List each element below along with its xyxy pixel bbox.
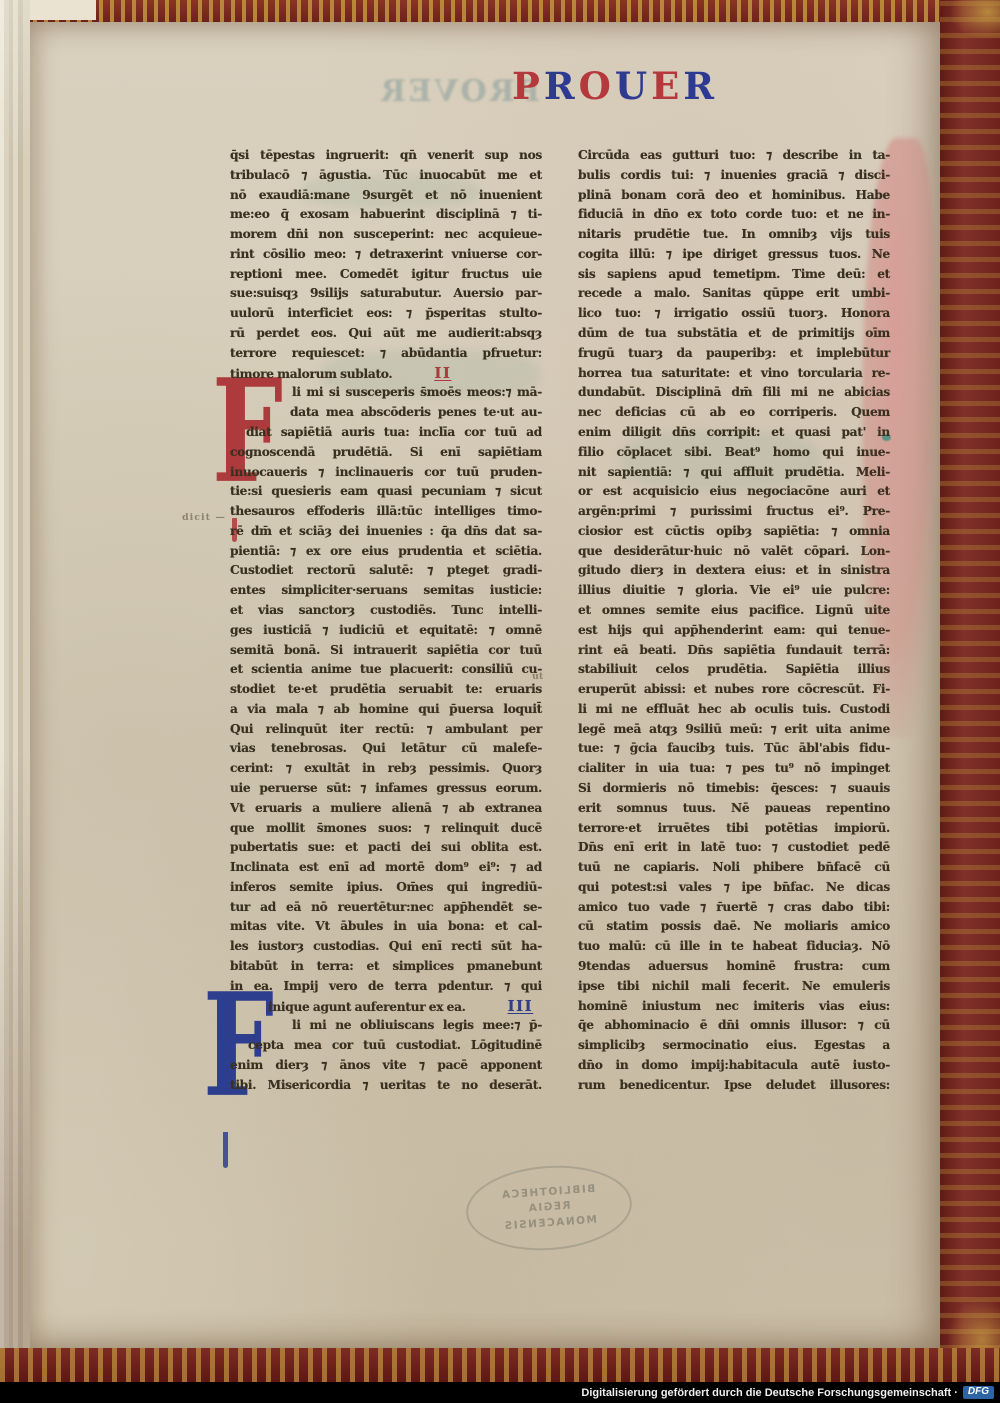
text-line: q̄e abhominacio ē dn̄i omnis illusor: ⁊ …	[578, 1016, 890, 1036]
text-line: rē dm̄ et sciāȝ dei inuenies : q̄a dn̄s …	[230, 522, 542, 542]
text-line-content: tuo malū: cū ille in te habeat fiduciaȝ.…	[578, 939, 890, 953]
text-line-content: rum benedicentur. Ipse deludet illusores…	[578, 1078, 890, 1092]
text-line: Dn̄s enī erit in latē tuo: ⁊ custodiet p…	[578, 838, 890, 858]
text-line-content: tur ad eā nō reuertētur:nec app̄hendēt s…	[230, 900, 542, 914]
text-line-content: dn̄o in domo impij:habitacula autē iusto…	[578, 1058, 890, 1072]
text-line-content: cū statim possis daē. Ne moliaris amico	[578, 919, 890, 933]
text-line-content: terrore requiescet: ⁊ abūdantia pfruetur…	[230, 346, 542, 360]
text-line: horrea tua saturitate: et vino torculari…	[578, 364, 890, 384]
text-line-content: lico tuo: ⁊ irrigatio ossiū tuorȝ. Honor…	[578, 306, 890, 320]
text-line: que mollit s̄mones suos: ⁊ relinquit duc…	[230, 819, 542, 839]
text-line: tuū ne capiaris. Noli phibere bn̄facē cū	[578, 858, 890, 878]
text-line-content: et vias sanctorȝ custodiēs. Tunc intelli…	[230, 603, 542, 617]
text-line: dn̄o in domo impij:habitacula autē iusto…	[578, 1056, 890, 1076]
text-line: rum benedicentur. Ipse deludet illusores…	[578, 1076, 890, 1096]
header-letter: P	[512, 64, 544, 108]
text-line: terrore requiescet: ⁊ abūdantia pfruetur…	[230, 344, 542, 364]
text-line: li mi ne obliuiscans legis mee:⁊ p̄-	[230, 1016, 542, 1036]
text-line-content: eruperūt abissi: et nubes rore cōcrescūt…	[578, 682, 890, 696]
text-line: inique agunt auferentur ex ea.III	[230, 997, 542, 1017]
text-line-content: rē dm̄ et sciāȝ dei inuenies : q̄a dn̄s …	[230, 524, 542, 538]
text-line: gitudo dierȝ in dextera eius: et in sini…	[578, 561, 890, 581]
text-line: les iustorȝ custodias. Qui enī recti sūt…	[230, 937, 542, 957]
text-line: et vias sanctorȝ custodiēs. Tunc intelli…	[230, 601, 542, 621]
chapter-numeral: III	[508, 997, 534, 1015]
text-line: timore malorum sublato.II	[230, 364, 542, 384]
text-line: sue:suisqȝ 9silijs saturabutur. Auersio …	[230, 284, 542, 304]
text-line: simplicibȝ sermocinatio eius. Egestas a	[578, 1036, 890, 1056]
text-line: bulis cordis tui: ⁊ inuenies graciā ⁊ di…	[578, 166, 890, 186]
text-line-content: pubertatis sue: et pacti dei sui oblita …	[230, 840, 542, 854]
text-line-content: tribulacō ⁊ āgustia. Tūc inuocabūt me et	[230, 168, 542, 182]
text-line-content: bulis cordis tui: ⁊ inuenies graciā ⁊ di…	[578, 168, 890, 182]
text-line: tue: ⁊ ḡcia faucibȝ tuis. Tūc ābl'abis f…	[578, 739, 890, 759]
text-line: frugū tuarȝ da pauperibȝ: et implebūtur	[578, 344, 890, 364]
text-line-content: que desiderātur·huic nō valēt cōpari. Lo…	[578, 544, 890, 558]
text-line: plinā bonam corā deo et hominibus. Habe	[578, 186, 890, 206]
text-line: nit sapientiā: ⁊ qui affluit prudētia. M…	[578, 463, 890, 483]
text-line: lico tuo: ⁊ irrigatio ossiū tuorȝ. Honor…	[578, 304, 890, 324]
text-line-content: rint eā beati. Dn̄s sapiētia fundauit te…	[578, 643, 890, 657]
text-line: enim diligit dn̄s corripit: et quasi pat…	[578, 423, 890, 443]
text-line-content: reptioni mee. Comedēt igitur fructus uie	[230, 267, 542, 281]
text-line-content: enim dierȝ ⁊ ānos vite ⁊ pacē apponent	[230, 1058, 542, 1072]
text-line-content: diat sapiētiā auris tua: inclīa cor tuū …	[246, 425, 542, 439]
dfg-logo: DFG	[963, 1386, 994, 1399]
text-line-content: sis sapiens apud temetipm. Time deū: et	[578, 267, 890, 281]
text-line: morem dn̄i non susceperint: nec acquieue…	[230, 225, 542, 245]
text-line-content: inferos semite ipius. Om̄es qui ingrediū…	[230, 880, 542, 894]
text-line: fiduciā in dn̄o ex toto corde tuo: et ne…	[578, 205, 890, 225]
text-line: filio cōplacet sibi. Beat⁹ homo qui inue…	[578, 443, 890, 463]
text-line-content: cialiter in uia tua: ⁊ pes tu⁹ nō imping…	[578, 761, 890, 775]
text-line: li mi ne effluāt hec ab oculis tuis. Cus…	[578, 700, 890, 720]
text-line: ges iusticiā ⁊ iudiciū et equitatē: ⁊ om…	[230, 621, 542, 641]
text-line-content: li mi ne obliuiscans legis mee:⁊ p̄-	[292, 1018, 542, 1032]
text-line-content: horrea tua saturitate: et vino torculari…	[578, 366, 890, 380]
marginal-annotation-correction: ut	[532, 671, 543, 682]
text-line: uulorū interficiet eos: ⁊ p̄speritas stu…	[230, 304, 542, 324]
text-line: illius diuitie ⁊ gloria. Vie ei⁹ uie pul…	[578, 581, 890, 601]
page-header-title: PROUER	[512, 68, 718, 105]
text-line-content: hominē iniustum nec imiteris vias eius:	[578, 999, 890, 1013]
text-line: mitas vite. Vt ābules in uia bona: et ca…	[230, 917, 542, 937]
text-line-content: est hijs qui app̄henderint eam: qui tenu…	[578, 623, 890, 637]
text-line-content: me:eo q̄ exosam habuerint disciplinā ⁊ t…	[230, 207, 542, 221]
text-line-content: or est acquisicio eius negociacōne auri …	[578, 484, 890, 498]
text-line: stodiet te·et prudētia seruabit te: erua…	[230, 680, 542, 700]
text-line: nitaris prudētie tue. In omnibȝ vijs tui…	[578, 225, 890, 245]
text-line: a via mala ⁊ ab homine qui p̄uersa loqui…	[230, 700, 542, 720]
text-line: ciosior est cūctis opibȝ sapiētia: ⁊ omn…	[578, 522, 890, 542]
text-line: tibi. Misericordia ⁊ ueritas te no deser…	[230, 1076, 542, 1096]
text-line: hominē iniustum nec imiteris vias eius:	[578, 997, 890, 1017]
text-line-content: thesauros effoderis illā:tūc intelliges …	[230, 504, 542, 518]
text-line: inferos semite ipius. Om̄es qui ingrediū…	[230, 878, 542, 898]
text-line-content: illius diuitie ⁊ gloria. Vie ei⁹ uie pul…	[578, 583, 890, 597]
text-line: cerint: ⁊ exultāt in rebȝ pessimis. Quor…	[230, 759, 542, 779]
text-line-content: a via mala ⁊ ab homine qui p̄uersa loqui…	[230, 702, 542, 716]
text-line: que desiderātur·huic nō valēt cōpari. Lo…	[578, 542, 890, 562]
text-line-content: semitā bonā. Si intrauerit sapiētia cor …	[230, 643, 542, 657]
text-line: in ea. Impij vero de terra pdentur. ⁊ qu…	[230, 977, 542, 997]
footer-bar: Digitalisierung gefördert durch die Deut…	[0, 1382, 1000, 1403]
text-line: pientiā: ⁊ ex ore eius prudentia et sciē…	[230, 542, 542, 562]
text-line-content: nō exaudiā:mane 9surgēt et nō inuenient	[230, 188, 542, 202]
text-line: est hijs qui app̄henderint eam: qui tenu…	[578, 621, 890, 641]
text-line-content: plinā bonam corā deo et hominibus. Habe	[578, 188, 890, 202]
text-line-content: erit somnus tuus. Nē paueas repentino	[578, 801, 890, 815]
header-letter: R	[683, 64, 718, 108]
text-line: Circūda eas gutturi tuo: ⁊ describe in t…	[578, 146, 890, 166]
text-line: nec deficias cū ab eo corriperis. Quem	[578, 403, 890, 423]
digitized-manuscript-scan: PROVER PROUER F F q̄si tēpestas ingrueri…	[0, 0, 1000, 1403]
text-line-content: amico tuo vade ⁊ r̄uertē ⁊ cras dabo tib…	[578, 900, 890, 914]
text-line: me:eo q̄ exosam habuerint disciplinā ⁊ t…	[230, 205, 542, 225]
text-line-content: cogita illū: ⁊ ipe diriget gressus tuos.…	[578, 247, 890, 261]
text-line-content: nec deficias cū ab eo corriperis. Quem	[578, 405, 890, 419]
text-line-content: bitabūt in terra: et simplices pmanebunt	[230, 959, 542, 973]
text-line: Si dormieris nō timebis: q̄esces: ⁊ suau…	[578, 779, 890, 799]
text-line-content: sue:suisqȝ 9silijs saturabutur. Auersio …	[230, 286, 542, 300]
text-line-content: enim diligit dn̄s corripit: et quasi pat…	[578, 425, 890, 439]
book-cover-top-edge	[0, 0, 1000, 22]
text-line: cialiter in uia tua: ⁊ pes tu⁹ nō imping…	[578, 759, 890, 779]
text-line-content: tue: ⁊ ḡcia faucibȝ tuis. Tūc ābl'abis f…	[578, 741, 890, 755]
text-line: Qui relinquūt iter rectū: ⁊ ambulant per	[230, 720, 542, 740]
text-line: tribulacō ⁊ āgustia. Tūc inuocabūt me et	[230, 166, 542, 186]
text-line-content: tuū ne capiaris. Noli phibere bn̄facē cū	[578, 860, 890, 874]
text-line-content: timore malorum sublato.	[230, 367, 392, 381]
text-line: cogita illū: ⁊ ipe diriget gressus tuos.…	[578, 245, 890, 265]
text-line: Inclinata est enī ad mortē dom⁹ ei⁹: ⁊ a…	[230, 858, 542, 878]
text-line-content: rint cōsilio meo: ⁊ detraxerint vniuerse…	[230, 247, 542, 261]
text-line-content: recede a malo. Sanitas qūppe erit umbi-	[578, 286, 890, 300]
stamp-text-line: MONACENSIS	[503, 1212, 598, 1234]
text-line: diat sapiētiā auris tua: inclīa cor tuū …	[230, 423, 542, 443]
marginal-annotation-left: dicit —	[182, 512, 226, 523]
text-line-content: dundabūt. Disciplinā dm̄ fili mi ne abic…	[578, 385, 890, 399]
text-line: erit somnus tuus. Nē paueas repentino	[578, 799, 890, 819]
digitization-credit-text: Digitalisierung gefördert durch die Deut…	[581, 1387, 958, 1399]
text-line-content: li mi ne effluāt hec ab oculis tuis. Cus…	[578, 702, 890, 716]
text-line-content: qui potest:si vales ⁊ ipe bn̄fac. Ne dic…	[578, 880, 890, 894]
text-line-content: entes simpliciter·seruans semitas iustic…	[230, 583, 542, 597]
text-line-content: ipse tibi nichil mali fecerit. Ne emuler…	[578, 979, 890, 993]
text-line-content: fiduciā in dn̄o ex toto corde tuo: et ne…	[578, 207, 890, 221]
text-line: vias tenebrosas. Qui letātur cū malefe-	[230, 739, 542, 759]
text-line: cū statim possis daē. Ne moliaris amico	[578, 917, 890, 937]
text-line-content: in ea. Impij vero de terra pdentur. ⁊ qu…	[230, 979, 542, 993]
text-line: or est acquisicio eius negociacōne auri …	[578, 482, 890, 502]
text-line-content: nit sapientiā: ⁊ qui affluit prudētia. M…	[578, 465, 890, 479]
text-line-content: tibi. Misericordia ⁊ ueritas te no deser…	[230, 1078, 542, 1092]
text-line: legē meā atqȝ 9siliū meū: ⁊ erit uita an…	[578, 720, 890, 740]
text-line: li mi si susceperis s̄moēs meos:⁊ mā-	[230, 383, 542, 403]
header-letter: U	[615, 64, 651, 108]
text-line-content: q̄e abhominacio ē dn̄i omnis illusor: ⁊ …	[578, 1018, 890, 1032]
text-line-content: Circūda eas gutturi tuo: ⁊ describe in t…	[578, 148, 890, 162]
text-line-content: simplicibȝ sermocinatio eius. Egestas a	[578, 1038, 890, 1052]
text-line: recede a malo. Sanitas qūppe erit umbi-	[578, 284, 890, 304]
text-line: amico tuo vade ⁊ r̄uertē ⁊ cras dabo tib…	[578, 898, 890, 918]
text-line: q̄si tēpestas ingruerit: qn̄ venerit sup…	[230, 146, 542, 166]
text-line: et scientia anime tue placuerit: consili…	[230, 660, 542, 680]
book-cover-right-edge	[940, 0, 1000, 1382]
text-line-content: dūm de tua substātia et de primitijs oīm	[578, 326, 890, 340]
text-line-content: filio cōplacet sibi. Beat⁹ homo qui inue…	[578, 445, 890, 459]
text-line: cognoscendā prudētiā. Si enī sapiētiam	[230, 443, 542, 463]
text-line: nō exaudiā:mane 9surgēt et nō inuenient	[230, 186, 542, 206]
text-line-content: et omnes semite eius pacifice. Lignū uit…	[578, 603, 890, 617]
text-line: rint cōsilio meo: ⁊ detraxerint vniuerse…	[230, 245, 542, 265]
text-line-content: rū perdet eos. Qui aūt me audierit:absqȝ	[230, 326, 542, 340]
text-line: semitā bonā. Si intrauerit sapiētia cor …	[230, 641, 542, 661]
text-column-left: q̄si tēpestas ingruerit: qn̄ venerit sup…	[230, 146, 542, 1096]
text-line-content: nitaris prudētie tue. In omnibȝ vijs tui…	[578, 227, 890, 241]
text-line: argēn:primi ⁊ purissimi fructus ei⁹. Pre…	[578, 502, 890, 522]
text-line-content: stodiet te·et prudētia seruabit te: erua…	[230, 682, 542, 696]
text-line: cepta mea cor tuū custodiat. Lōgitudinē	[230, 1036, 542, 1056]
text-line: et omnes semite eius pacifice. Lignū uit…	[578, 601, 890, 621]
book-cover-bottom-edge	[0, 1348, 1000, 1382]
text-line: ipse tibi nichil mali fecerit. Ne emuler…	[578, 977, 890, 997]
text-line-content: que mollit s̄mones suos: ⁊ relinquit duc…	[230, 821, 542, 835]
text-line-content: pientiā: ⁊ ex ore eius prudentia et sciē…	[230, 544, 542, 558]
text-line: thesauros effoderis illā:tūc intelliges …	[230, 502, 542, 522]
text-line-content: inique agunt auferentur ex ea.	[268, 1000, 466, 1014]
text-line-content: Dn̄s enī erit in latē tuo: ⁊ custodiet p…	[578, 840, 890, 854]
text-line: Custodiet rectorū salutē: ⁊ pteget gradi…	[230, 561, 542, 581]
text-line: reptioni mee. Comedēt igitur fructus uie	[230, 265, 542, 285]
header-letter: R	[544, 64, 579, 108]
text-line: enim dierȝ ⁊ ānos vite ⁊ pacē apponent	[230, 1056, 542, 1076]
text-line-content: Custodiet rectorū salutē: ⁊ pteget gradi…	[230, 563, 542, 577]
text-line: dundabūt. Disciplinā dm̄ fili mi ne abic…	[578, 383, 890, 403]
text-line: uie peruerse sūt: ⁊ infames gressus eoru…	[230, 779, 542, 799]
text-line: Vt eruaris a muliere alienā ⁊ ab extrane…	[230, 799, 542, 819]
text-line: eruperūt abissi: et nubes rore cōcrescūt…	[578, 680, 890, 700]
text-line-content: Qui relinquūt iter rectū: ⁊ ambulant per	[230, 722, 542, 736]
header-letter: O	[579, 64, 615, 108]
text-line-content: ges iusticiā ⁊ iudiciū et equitatē: ⁊ om…	[230, 623, 542, 637]
text-line: qui potest:si vales ⁊ ipe bn̄fac. Ne dic…	[578, 878, 890, 898]
text-line: tie:si quesieris eam quasi pecuniam ⁊ si…	[230, 482, 542, 502]
text-line-content: cognoscendā prudētiā. Si enī sapiētiam	[230, 445, 542, 459]
text-line: data mea abscōderis penes te·ut au-	[230, 403, 542, 423]
text-line-content: q̄si tēpestas ingruerit: qn̄ venerit sup…	[230, 148, 542, 162]
text-line-content: argēn:primi ⁊ purissimi fructus ei⁹. Pre…	[578, 504, 890, 518]
text-line-content: inuocaueris ⁊ inclinaueris cor tuū prude…	[230, 465, 542, 479]
text-line-content: cepta mea cor tuū custodiat. Lōgitudinē	[248, 1038, 542, 1052]
text-line: 9tendas aduersus hominē frustra: cum	[578, 957, 890, 977]
text-line: pubertatis sue: et pacti dei sui oblita …	[230, 838, 542, 858]
text-line-content: gitudo dierȝ in dextera eius: et in sini…	[578, 563, 890, 577]
text-line-content: mitas vite. Vt ābules in uia bona: et ca…	[230, 919, 542, 933]
text-line-content: Si dormieris nō timebis: q̄esces: ⁊ suau…	[578, 781, 890, 795]
text-line-content: les iustorȝ custodias. Qui enī recti sūt…	[230, 939, 542, 953]
text-line: tur ad eā nō reuertētur:nec app̄hendēt s…	[230, 898, 542, 918]
text-line-content: stabiliuit celos prudētia. Sapiētia illi…	[578, 662, 890, 676]
text-line-content: legē meā atqȝ 9siliū meū: ⁊ erit uita an…	[578, 722, 890, 736]
text-line: bitabūt in terra: et simplices pmanebunt	[230, 957, 542, 977]
text-line-content: Inclinata est enī ad mortē dom⁹ ei⁹: ⁊ a…	[230, 860, 542, 874]
text-line: sis sapiens apud temetipm. Time deū: et	[578, 265, 890, 285]
chapter-numeral: II	[434, 364, 451, 382]
text-line-content: vias tenebrosas. Qui letātur cū malefe-	[230, 741, 542, 755]
text-line-content: tie:si quesieris eam quasi pecuniam ⁊ si…	[230, 484, 542, 498]
text-line: rū perdet eos. Qui aūt me audierit:absqȝ	[230, 324, 542, 344]
text-line-content: morem dn̄i non susceperint: nec acquieue…	[230, 227, 542, 241]
text-line: dūm de tua substātia et de primitijs oīm	[578, 324, 890, 344]
text-line-content: Vt eruaris a muliere alienā ⁊ ab extrane…	[230, 801, 542, 815]
text-line: stabiliuit celos prudētia. Sapiētia illi…	[578, 660, 890, 680]
text-line-content: ciosior est cūctis opibȝ sapiētia: ⁊ omn…	[578, 524, 890, 538]
text-line-content: li mi si susceperis s̄moēs meos:⁊ mā-	[292, 385, 542, 399]
text-line-content: et scientia anime tue placuerit: consili…	[230, 662, 542, 676]
text-line-content: 9tendas aduersus hominē frustra: cum	[578, 959, 890, 973]
text-line-content: frugū tuarȝ da pauperibȝ: et implebūtur	[578, 346, 890, 360]
book-page-edges-left	[0, 0, 30, 1360]
text-line-content: uie peruerse sūt: ⁊ infames gressus eoru…	[230, 781, 542, 795]
text-line: rint eā beati. Dn̄s sapiētia fundauit te…	[578, 641, 890, 661]
text-line-content: uulorū interficiet eos: ⁊ p̄speritas stu…	[230, 306, 542, 320]
text-column-right: Circūda eas gutturi tuo: ⁊ describe in t…	[578, 146, 890, 1096]
text-line: inuocaueris ⁊ inclinaueris cor tuū prude…	[230, 463, 542, 483]
text-line: terrore·et irruētes tibi potētias impior…	[578, 819, 890, 839]
header-letter: E	[651, 64, 683, 108]
text-line-content: terrore·et irruētes tibi potētias impior…	[578, 821, 890, 835]
text-line: entes simpliciter·seruans semitas iustic…	[230, 581, 542, 601]
text-line-content: cerint: ⁊ exultāt in rebȝ pessimis. Quor…	[230, 761, 542, 775]
text-line: tuo malū: cū ille in te habeat fiduciaȝ.…	[578, 937, 890, 957]
text-line-content: data mea abscōderis penes te·ut au-	[290, 405, 542, 419]
